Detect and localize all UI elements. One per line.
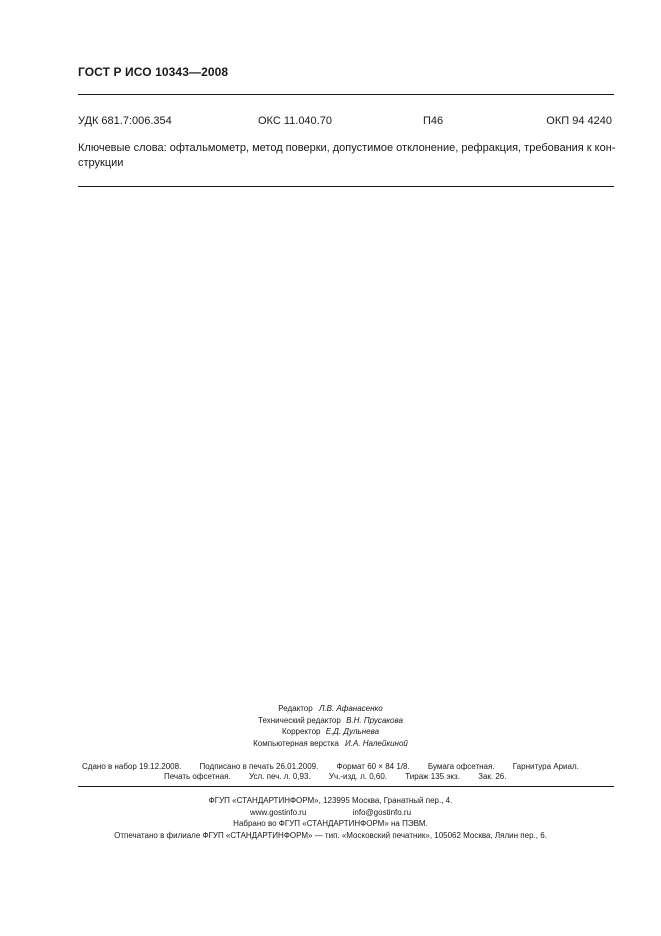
udk-code: УДК 681.7:006.354 <box>78 115 172 127</box>
printed-note: Отпечатано в филиале ФГУП «СТАНДАРТИНФОР… <box>0 830 661 842</box>
group-code: П46 <box>423 115 443 127</box>
publisher-footer: ФГУП «СТАНДАРТИНФОРМ», 123995 Москва, Гр… <box>0 795 661 841</box>
classification-row: УДК 681.7:006.354 ОКС 11.040.70 П46 ОКП … <box>78 115 614 129</box>
website-link[interactable]: www.gostinfo.ru <box>250 808 306 817</box>
publisher-contacts: www.gostinfo.ru info@gostinfo.ru <box>0 807 661 819</box>
divider-top <box>78 94 614 95</box>
divider-footer <box>78 786 614 787</box>
publication-line-1: Сдано в набор 19.12.2008. Подписано в пе… <box>82 762 579 771</box>
keywords: Ключевые слова: офтальмометр, метод пове… <box>78 141 616 171</box>
oks-code: ОКС 11.040.70 <box>258 115 332 127</box>
typeset-note: Набрано во ФГУП «СТАНДАРТИНФОРМ» на ПЭВМ… <box>0 818 661 830</box>
document-title: ГОСТ Р ИСО 10343—2008 <box>78 65 228 79</box>
publication-line-2: Печать офсетная. Усл. печ. л. 0,93. Уч.-… <box>164 772 506 781</box>
credits-block: Редактор Л.В. Афанасенко Технический ред… <box>0 703 661 749</box>
publisher-address: ФГУП «СТАНДАРТИНФОРМ», 123995 Москва, Гр… <box>0 795 661 807</box>
email-link[interactable]: info@gostinfo.ru <box>353 808 411 817</box>
credit-tech-editor: Технический редактор В.Н. Прусакова <box>0 715 661 727</box>
divider-keywords <box>78 186 614 187</box>
credit-layout: Компьютерная верстка И.А. Налейкиной <box>0 738 661 750</box>
credit-proofreader: Корректор Е.Д. Дульнева <box>0 726 661 738</box>
okp-code: ОКП 94 4240 <box>546 115 612 127</box>
credit-editor: Редактор Л.В. Афанасенко <box>0 703 661 715</box>
